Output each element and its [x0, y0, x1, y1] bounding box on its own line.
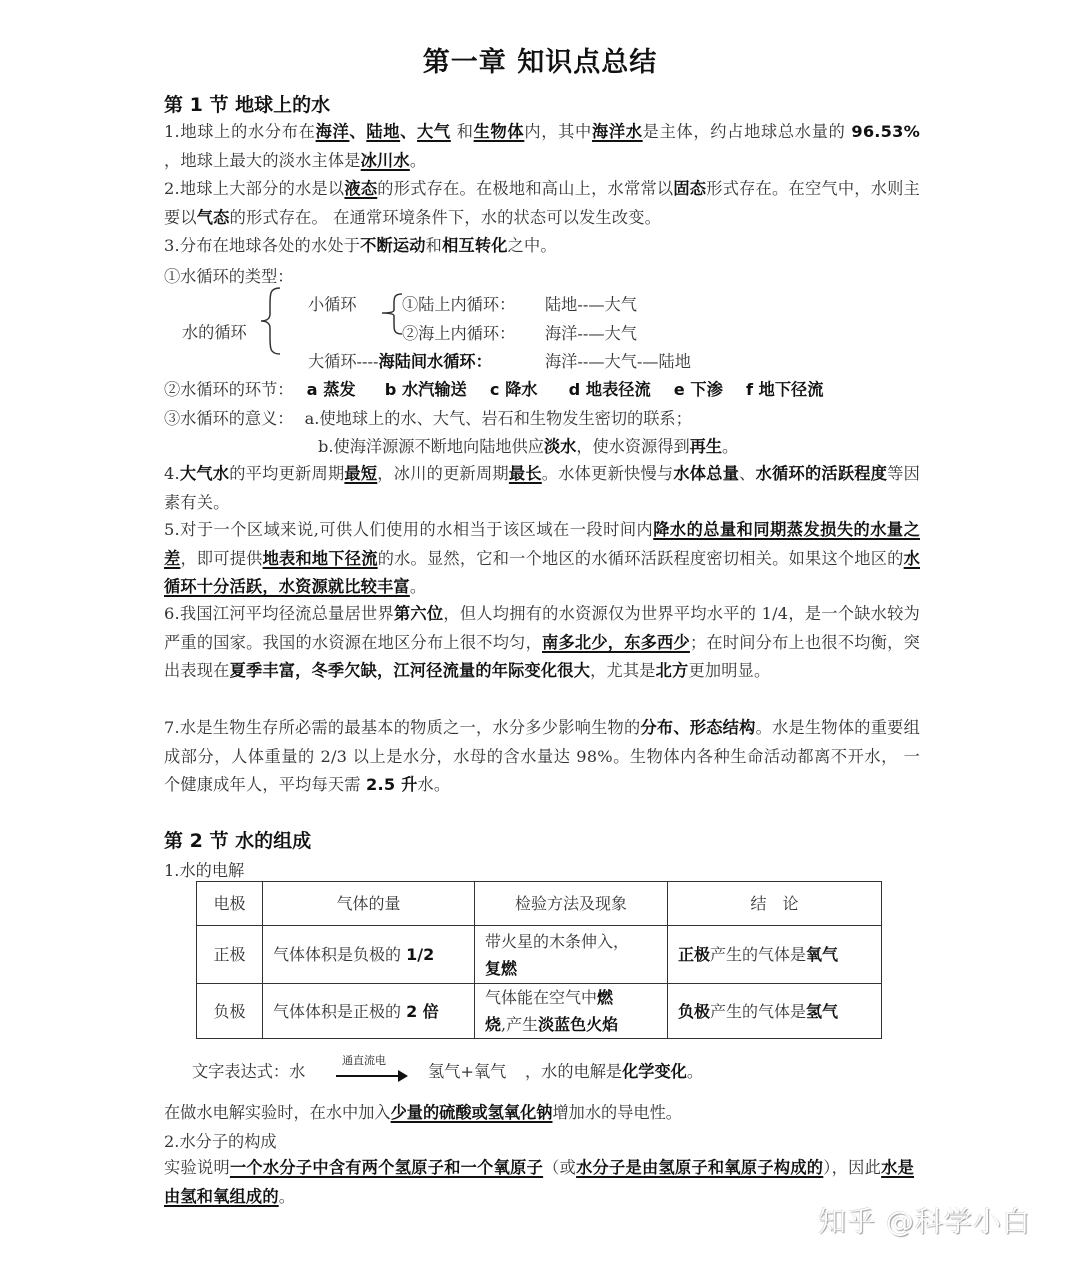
emphasis-text: 液态 [344, 179, 377, 198]
cycle-meaning-a-row: ③水循环的意义： a.使地球上的水、大气、岩石和生物发生密切的联系； [164, 405, 692, 429]
text-run: 。 [410, 151, 426, 170]
emphasis-text: 不断运动 [360, 236, 426, 255]
table-header-cell: 检验方法及现象 [475, 882, 668, 926]
text-run: ，水的电解是 [525, 1062, 622, 1081]
cycle-link-e: e 下渗 [674, 380, 723, 399]
big-cycle-label: 大循环----海陆间水循环： [308, 348, 492, 372]
emphasis-text: 最短 [344, 464, 377, 483]
small-item-1-path: 陆地--—大气 [545, 291, 637, 315]
emphasis-text: 分布、形态结构 [640, 718, 755, 737]
text-run: 是主体，约占地球总水量的 [643, 122, 852, 141]
cycle-link-d: d 地表径流 [569, 380, 651, 399]
text-run: 。水体更新快慢与 [542, 464, 674, 483]
text-run: ，尤其是 [590, 661, 656, 680]
small-brace-icon [380, 292, 404, 336]
text-run: ），因此 [823, 1158, 881, 1177]
text-run: 和 [426, 236, 442, 255]
paragraph-1: 1.地球上的水分布在海洋、陆地、大气 和生物体内，其中海洋水是主体，约占地球总水… [164, 118, 920, 175]
emphasis-text: 地表和地下径流 [263, 549, 378, 568]
text-run: 。 [410, 577, 426, 596]
paragraph-6: 6.我国江河平均径流总量居世界第六位，但人均拥有的水资源仅为世界平均水平的 1/… [164, 600, 920, 686]
emphasis-text: 2 倍 [406, 1002, 439, 1021]
emphasis-text: 淡水 [544, 437, 576, 456]
text-run: 的平均更新周期 [229, 464, 344, 483]
text-run: 内，其中 [524, 122, 592, 141]
text-run: 1.地球上的水分布在 [164, 122, 316, 141]
emphasis-text: 水循环的活跃程度 [756, 464, 888, 483]
text-run: 实验说明 [164, 1158, 230, 1177]
equation-label: 文字表达式：水 [192, 1058, 305, 1082]
text-run: 带火星的木条伸入， [485, 932, 629, 951]
emphasis-text: 北方 [656, 661, 689, 680]
emphasis-text: 海洋 [316, 122, 350, 141]
text-run: 。 [722, 437, 738, 456]
table-header-cell: 气体的量 [263, 882, 475, 926]
emphasis-text: 燃 [597, 988, 613, 1007]
text-run: 6.我国江河平均径流总量居世界 [164, 604, 394, 623]
small-item-2-label: ②海上内循环： [402, 320, 515, 344]
cycle-types-label: ①水循环的类型： [164, 263, 294, 287]
emphasis-text: 海洋水 [592, 122, 643, 141]
electrolysis-table: 电极 气体的量 检验方法及现象 结 论 正极 气体体积是负极的 1/2 带火星的… [196, 881, 882, 1039]
text-run: 气体体积是正极的 [273, 1002, 406, 1021]
cycle-link-f: f 地下径流 [746, 380, 823, 399]
table-row: 正极 气体体积是负极的 1/2 带火星的木条伸入，复燃 正极产生的气体是氧气 [197, 926, 882, 984]
text-run: 气体能在空气中 [485, 988, 597, 1007]
emphasis-text: 冰川水 [361, 151, 410, 170]
emphasis-text: 一个水分子中含有两个氢原子和一个氧原子 [230, 1158, 543, 1177]
emphasis-text: 大气水 [180, 464, 229, 483]
cycle-meaning-label: ③水循环的意义： [164, 409, 294, 428]
emphasis-text: 南多北少，东多西少 [542, 633, 690, 652]
emphasis-text: 氢气 [806, 1002, 838, 1021]
paragraph-7: 7.水是生物生存所必需的最基本的物质之一，水分多少影响生物的分布、形态结构。水是… [164, 714, 920, 800]
emphasis-text: 少量的硫酸或氢氧化钠 [391, 1103, 553, 1122]
table-header-row: 电极 气体的量 检验方法及现象 结 论 [197, 882, 882, 926]
text-run: ,产生 [501, 1015, 538, 1034]
text-run: 7.水是生物生存所必需的最基本的物质之一，水分多少影响生物的 [164, 718, 640, 737]
emphasis-text: 最长 [509, 464, 542, 483]
emphasis-text: 烧 [485, 1015, 501, 1034]
electrode-cell: 负极 [197, 984, 263, 1039]
emphasis-text: 大气 [417, 122, 451, 141]
zhihu-watermark: 知乎 @科学小白 [818, 1200, 1031, 1240]
emphasis-text: 再生 [690, 437, 722, 456]
paragraph-3: 3.分布在地球各处的水处于不断运动和相互转化之中。 [164, 232, 920, 261]
text-run: （或 [543, 1158, 576, 1177]
cycle-link-b: b 水汽输送 [385, 380, 467, 399]
emphasis-text: 相互转化 [442, 236, 508, 255]
text-run: 4. [164, 464, 180, 483]
emphasis-text: 气态 [197, 208, 230, 227]
text-run: 产生的气体是 [710, 945, 806, 964]
test-cell: 带火星的木条伸入，复燃 [475, 926, 668, 984]
text-run: 增加水的导电性。 [553, 1103, 683, 1122]
text-run: 。 [687, 1062, 703, 1081]
equation-tail: ，水的电解是化学变化。 [525, 1058, 703, 1082]
conclusion-cell: 正极产生的气体是氧气 [668, 926, 882, 984]
small-item-2-path: 海洋--—大气 [545, 320, 637, 344]
text-run: 之中。 [508, 236, 557, 255]
reaction-condition: 通直流电 [334, 1052, 394, 1068]
emphasis-text: 水分子是由氢原子和氧原子构成的 [576, 1158, 823, 1177]
document-page: 第一章 知识点总结 第 1 节 地球上的水 1.地球上的水分布在海洋、陆地、大气… [0, 0, 1080, 1265]
small-cycle-label: 小循环 [308, 291, 357, 315]
text-run: ，使水资源得到 [576, 437, 689, 456]
table-header-cell: 电极 [197, 882, 263, 926]
big-cycle-name: 海陆间水循环： [378, 352, 491, 371]
paragraph-5: 5.对于一个区域来说,可供人们使用的水相当于该区域在一段时间内降水的总量和同期蒸… [164, 516, 920, 602]
electrolysis-subheading: 1.水的电解 [164, 857, 244, 881]
text-run: ，即可提供 [180, 549, 262, 568]
text-run: 5.对于一个区域来说,可供人们使用的水相当于该区域在一段时间内 [164, 520, 653, 539]
conclusion-cell: 负极产生的气体是氢气 [668, 984, 882, 1039]
text-run: 产生的气体是 [710, 1002, 806, 1021]
emphasis-text: 1/2 [406, 945, 434, 964]
text-run: 2.地球上大部分的水是以 [164, 179, 344, 198]
chapter-title: 第一章 知识点总结 [0, 40, 1080, 79]
cycle-link-c: c 降水 [490, 380, 538, 399]
electrolysis-note: 在做水电解实验时，在水中加入少量的硫酸或氢氧化钠增加水的导电性。 [164, 1099, 682, 1123]
molecule-subheading: 2.水分子的构成 [164, 1128, 277, 1152]
text-run: 水。 [418, 775, 451, 794]
section-1-heading: 第 1 节 地球上的水 [164, 90, 330, 117]
text-run: ，地球上最大的淡水主体是 [164, 151, 361, 170]
big-cycle-path: 海洋--—大气-—陆地 [545, 348, 691, 372]
emphasis-text: 化学变化 [622, 1062, 687, 1081]
text-run: b.使海洋源源不断地向陆地供应 [318, 437, 544, 456]
emphasis-text: 第六位 [394, 604, 443, 623]
text-run: 的形式存在。 在通常环境条件下，水的状态可以发生改变。 [230, 208, 661, 227]
emphasis-text: 、 [349, 122, 366, 141]
text-run: 更加明显。 [688, 661, 770, 680]
text-run: 的形式存在。在极地和高山上，水常常以 [377, 179, 673, 198]
arrow-head-icon [398, 1070, 408, 1082]
volume-cell: 气体体积是正极的 2 倍 [263, 984, 475, 1039]
text-run: 3.分布在地球各处的水处于 [164, 236, 360, 255]
arrow-line-icon [336, 1075, 400, 1077]
cycle-root: 水的循环 [182, 319, 247, 343]
cycle-meaning-a: a.使地球上的水、大气、岩石和生物发生密切的联系； [305, 409, 692, 428]
cycle-link-a: a 蒸发 [307, 380, 356, 399]
section-2-heading: 第 2 节 水的组成 [164, 826, 311, 853]
paragraph-2: 2.地球上大部分的水是以液态的形式存在。在极地和高山上，水常常以固态形式存在。在… [164, 175, 920, 232]
text-run: ，冰川的更新周期 [377, 464, 509, 483]
big-cycle-prefix: 大循环---- [308, 352, 378, 371]
cycle-links-label: ②水循环的环节： [164, 380, 294, 399]
cycle-meaning-b: b.使海洋源源不断地向陆地供应淡水，使水资源得到再生。 [318, 433, 738, 457]
text-run: 气体体积是负极的 [273, 945, 406, 964]
text-run: 和 [451, 122, 474, 141]
text-run: 。 [279, 1187, 295, 1206]
emphasis-text: 复燃 [485, 959, 517, 978]
volume-cell: 气体体积是负极的 1/2 [263, 926, 475, 984]
text-run: 在做水电解实验时，在水中加入 [164, 1103, 391, 1122]
emphasis-text: 固态 [673, 179, 706, 198]
emphasis-text: 负极 [678, 1002, 710, 1021]
text-run: 、 [739, 464, 755, 483]
emphasis-text: 2.5 升 [366, 775, 418, 794]
emphasis-text: 淡蓝色火焰 [538, 1015, 618, 1034]
molecule-paragraph: 实验说明一个水分子中含有两个氢原子和一个氧原子（或水分子是由氢原子和氧原子构成的… [164, 1154, 914, 1211]
emphasis-text: 96.53% [851, 122, 920, 141]
emphasis-text: 生物体 [474, 122, 525, 141]
big-brace-icon [258, 286, 284, 356]
emphasis-text: 氧气 [806, 945, 838, 964]
emphasis-text: 正极 [678, 945, 710, 964]
paragraph-4: 4.大气水的平均更新周期最短，冰川的更新周期最长。水体更新快慢与水体总量、水循环… [164, 460, 920, 517]
reaction-arrow: 通直流电 [334, 1052, 408, 1082]
emphasis-text: 陆地 [366, 122, 400, 141]
equation-products: 氢气+氧气 [428, 1058, 506, 1082]
text-run: 的水。显然，它和一个地区的水循环活跃程度密切相关。如果这个地区的 [378, 549, 904, 568]
small-item-1-label: ①陆上内循环： [402, 291, 515, 315]
emphasis-text: 夏季丰富，冬季欠缺，江河径流量的年际变化很大 [230, 661, 591, 680]
emphasis-text: 、 [400, 122, 417, 141]
emphasis-text: 水体总量 [673, 464, 739, 483]
table-header-cell: 结 论 [668, 882, 882, 926]
cycle-links-row: ②水循环的环节： a 蒸发 b 水汽输送 c 降水 d 地表径流 e 下渗 f … [164, 376, 823, 400]
table-row: 负极 气体体积是正极的 2 倍 气体能在空气中燃烧,产生淡蓝色火焰 负极产生的气… [197, 984, 882, 1039]
test-cell: 气体能在空气中燃烧,产生淡蓝色火焰 [475, 984, 668, 1039]
electrode-cell: 正极 [197, 926, 263, 984]
